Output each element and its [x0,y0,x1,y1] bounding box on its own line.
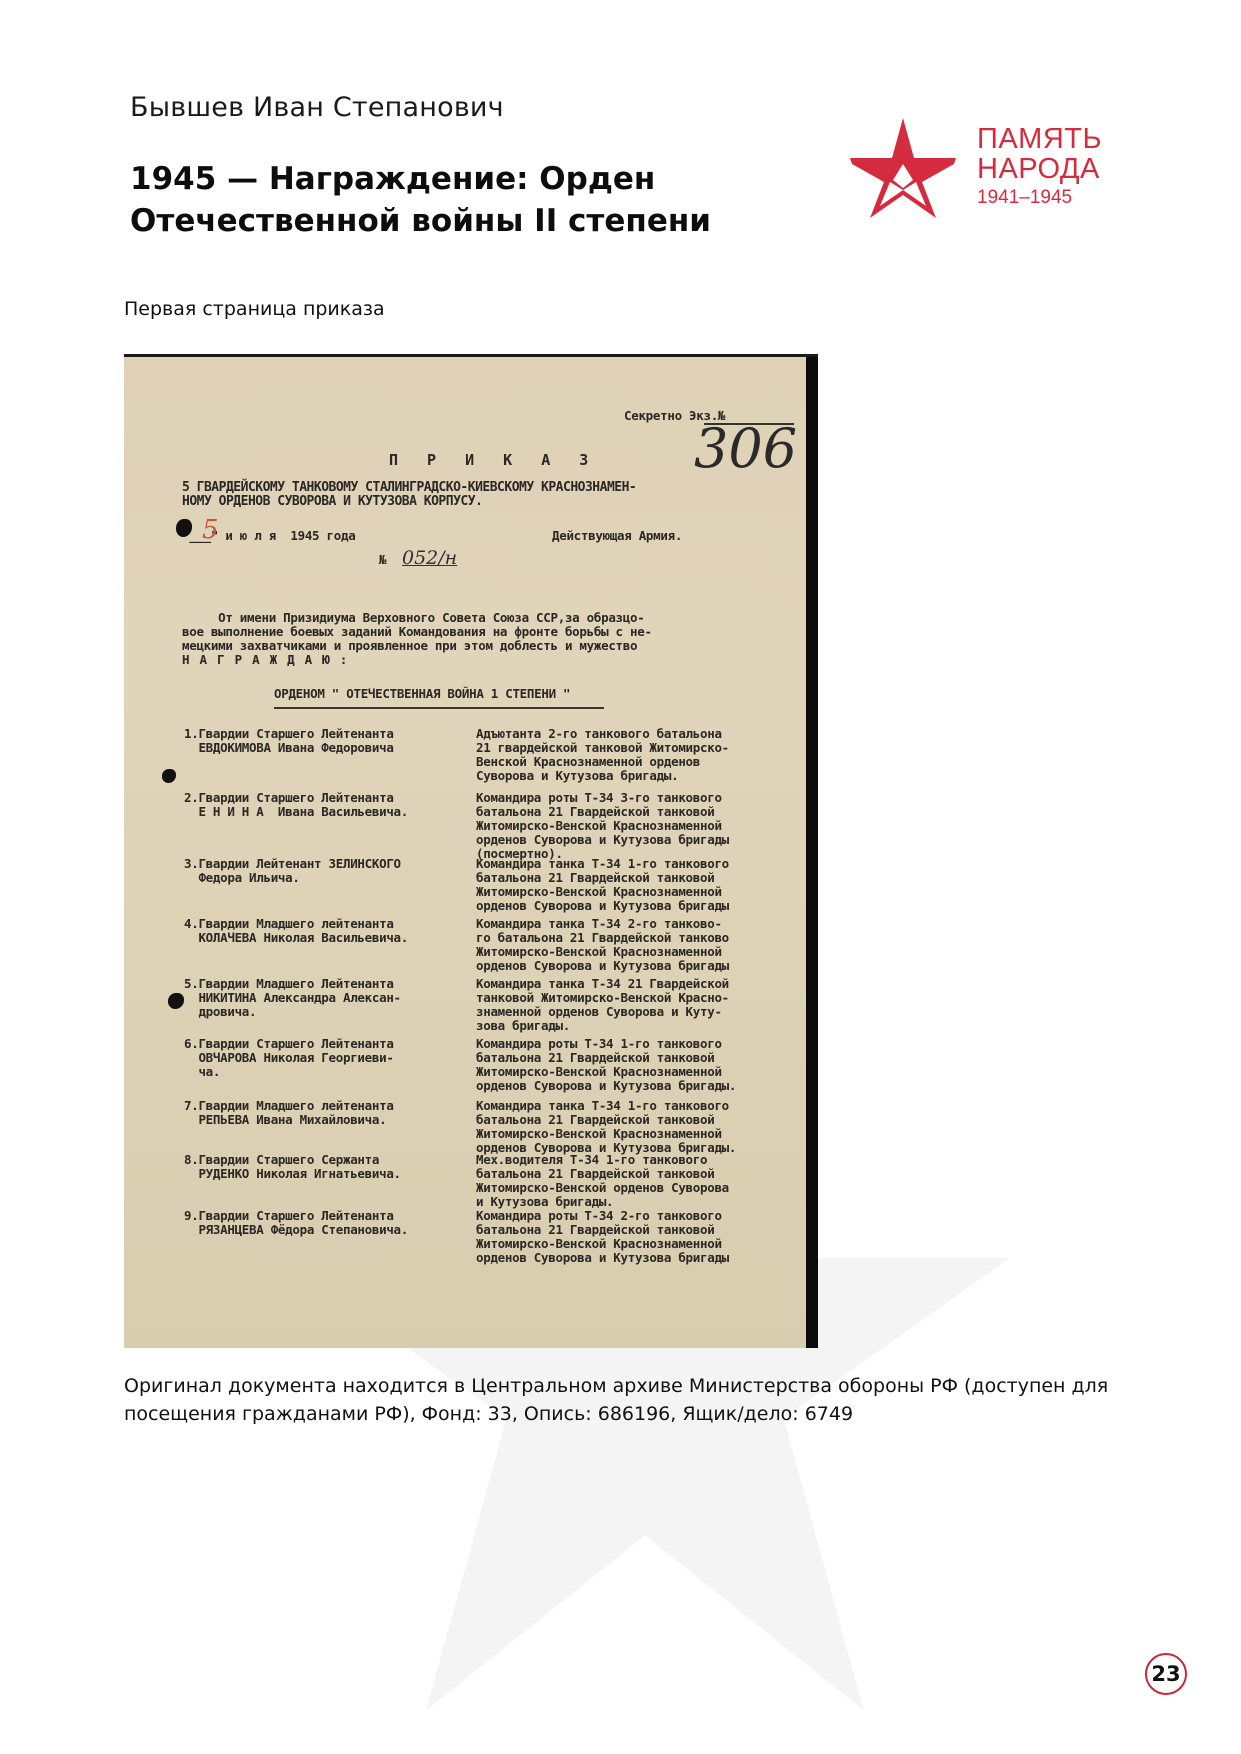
entry-position-line: Командира роты Т-34 1-го танкового [476,1037,722,1051]
entry-position-line: батальона 21 Гвардейской танковой [476,871,714,885]
handwritten-copy-number: 306 [694,417,797,480]
scanned-order-document: Секретно Экз.№ 306 П Р И К А З 5 ГВАРДЕЙ… [124,354,818,1348]
document-caption: Первая страница приказа [124,298,385,320]
entry-position-line: Житомирско-Венской Краснознаменной [476,1127,722,1141]
entry-position-line: батальона 21 Гвардейской танковой [476,1113,714,1127]
entry-position-line: орденов Суворова и Кутузова бригады. [476,1079,736,1093]
entry-recipient-line: 6.Гвардии Старшего Лейтенанта [184,1037,394,1051]
logo-line-2: НАРОДА [977,154,1102,184]
award-title: 1945 — Награждение: Орден Отечественной … [130,158,810,242]
entry-recipient-line: 7.Гвардии Младшего лейтенанта [184,1099,394,1113]
order-name: ОРДЕНОМ " ОТЕЧЕСТВЕННАЯ ВОЙНА 1 СТЕПЕНИ … [274,687,570,701]
entry-recipient-line: Федора Ильича. [184,871,300,885]
entry-position-line: Мех.водителя Т-34 1-го танкового [476,1153,707,1167]
entry-recipient-line: 9.Гвардии Старшего Лейтенанта [184,1209,394,1223]
handwritten-day: 5 [202,515,219,545]
order-number-label: № [379,553,386,567]
entry-position-line: Командира танка Т-34 1-го танкового [476,1099,729,1113]
entry-position-line: Житомирско-Венской Краснознаменной [476,1237,722,1251]
entry-position-line: орденов Суворова и Кутузова бригады [476,899,729,913]
award-verb: НАГРАЖДАЮ: [182,653,357,667]
entry-position-line: Командира роты Т-34 3-го танкового [476,791,722,805]
entry-position-line: Командира танка Т-34 1-го танкового [476,857,729,871]
entry-recipient-line: РЕПЬЕВА Ивана Михайловича. [184,1113,386,1127]
entry-position-line: Житомирско-Венской Краснознаменной [476,885,722,899]
entry-recipient-line: дровича. [184,1005,256,1019]
army-label: Действующая Армия. [552,529,682,543]
ink-blot [168,993,184,1009]
entry-recipient-line: Е Н И Н А Ивана Васильевича. [184,805,408,819]
entry-position-line: Житомирско-Венской орденов Суворова [476,1181,729,1195]
entry-position-line: Командира танка Т-34 2-го танково- [476,917,722,931]
entry-position-line: и Кутузова бригады. [476,1195,613,1209]
entry-position-line: танковой Житомирско-Венской Красно- [476,991,729,1005]
entry-recipient-line: НИКИТИНА Александра Алексан- [184,991,401,1005]
entry-position-line: Житомирско-Венской Краснознаменной [476,819,722,833]
entry-position-line: знаменной орденов Суворова и Куту- [476,1005,722,1019]
entry-position-line: Командира танка Т-34 21 Гвардейской [476,977,729,991]
entry-position-line: батальона 21 Гвардейской танковой [476,1223,714,1237]
entry-position-line: батальона 21 Гвардейской танковой [476,1051,714,1065]
archive-source-note: Оригинал документа находится в Центральн… [124,1372,1124,1428]
entry-position-line: зова бригады. [476,1019,570,1033]
entry-recipient-line: ча. [184,1065,220,1079]
entry-position-line: орденов Суворова и Кутузова бригады [476,959,729,973]
entry-recipient-line: 4.Гвардии Младшего лейтенанта [184,917,394,931]
entry-recipient-line: РУДЕНКО Николая Игнатьевича. [184,1167,401,1181]
entry-recipient-line: 2.Гвардии Старшего Лейтенанта [184,791,394,805]
entry-recipient-line: КОЛАЧЕВА Николая Васильевича. [184,931,408,945]
intro-line-2: вое выполнение боевых заданий Командован… [182,625,652,639]
logo-line-1: ПАМЯТЬ [977,124,1102,154]
entry-position-line: батальона 21 Гвардейской танковой [476,1167,714,1181]
entry-position-line: Венской Краснознаменной орденов [476,755,700,769]
entry-recipient-line: 5.Гвардии Младшего Лейтенанта [184,977,394,991]
entry-position-line: Адъютанта 2-го танкового батальона [476,727,722,741]
entry-recipient-line: 3.Гвардии Лейтенант ЗЕЛИНСКОГО [184,857,401,871]
entry-recipient-line: 1.Гвардии Старшего Лейтенанта [184,727,394,741]
entry-position-line: Суворова и Кутузова бригады. [476,769,678,783]
logo-years: 1941–1945 [977,186,1102,210]
entry-position-line: орденов Суворова и Кутузова бригады [476,833,729,847]
entry-recipient-line: ОВЧАРОВА Николая Георгиеви- [184,1051,394,1065]
ink-blot [162,769,176,783]
unit-line-2: НОМУ ОРДЕНОВ СУВОРОВА И КУТУЗОВА КОРПУСУ… [182,495,482,509]
pamyat-naroda-logo: ПАМЯТЬ НАРОДА 1941–1945 [850,118,1120,218]
entry-recipient-line: 8.Гвардии Старшего Сержанта [184,1153,379,1167]
entry-position-line: Житомирско-Венской Краснознаменной [476,1065,722,1079]
entry-position-line: 21 гвардейской танковой Житомирско- [476,741,729,755]
entry-position-line: батальона 21 Гвардейской танковой [476,805,714,819]
entry-recipient-line: РЯЗАНЦЕВА Фёдора Степановича. [184,1223,408,1237]
entry-recipient-line: ЕВДОКИМОВА Ивана Федоровича [184,741,394,755]
red-star-icon [850,118,956,218]
order-number: 052/н [402,547,457,569]
entry-position-line: Житомирско-Венской Краснознаменной [476,945,722,959]
page-number: 23 [1145,1653,1187,1695]
intro-line-3: мецкими захватчиками и проявленное при э… [182,639,637,653]
order-name-underline [274,707,604,709]
intro-line-1: От имени Призидиума Верховного Совета Со… [182,611,644,625]
entry-position-line: го батальона 21 Гвардейской танково [476,931,729,945]
entry-position-line: орденов Суворова и Кутузова бригады [476,1251,729,1265]
unit-line-1: 5 ГВАРДЕЙСКОМУ ТАНКОВОМУ СТАЛИНГРАДСКО-К… [182,481,636,495]
order-heading: П Р И К А З [389,453,598,467]
person-name: Бывшев Иван Степанович [130,92,504,123]
entry-position-line: Командира роты Т-34 2-го танкового [476,1209,722,1223]
